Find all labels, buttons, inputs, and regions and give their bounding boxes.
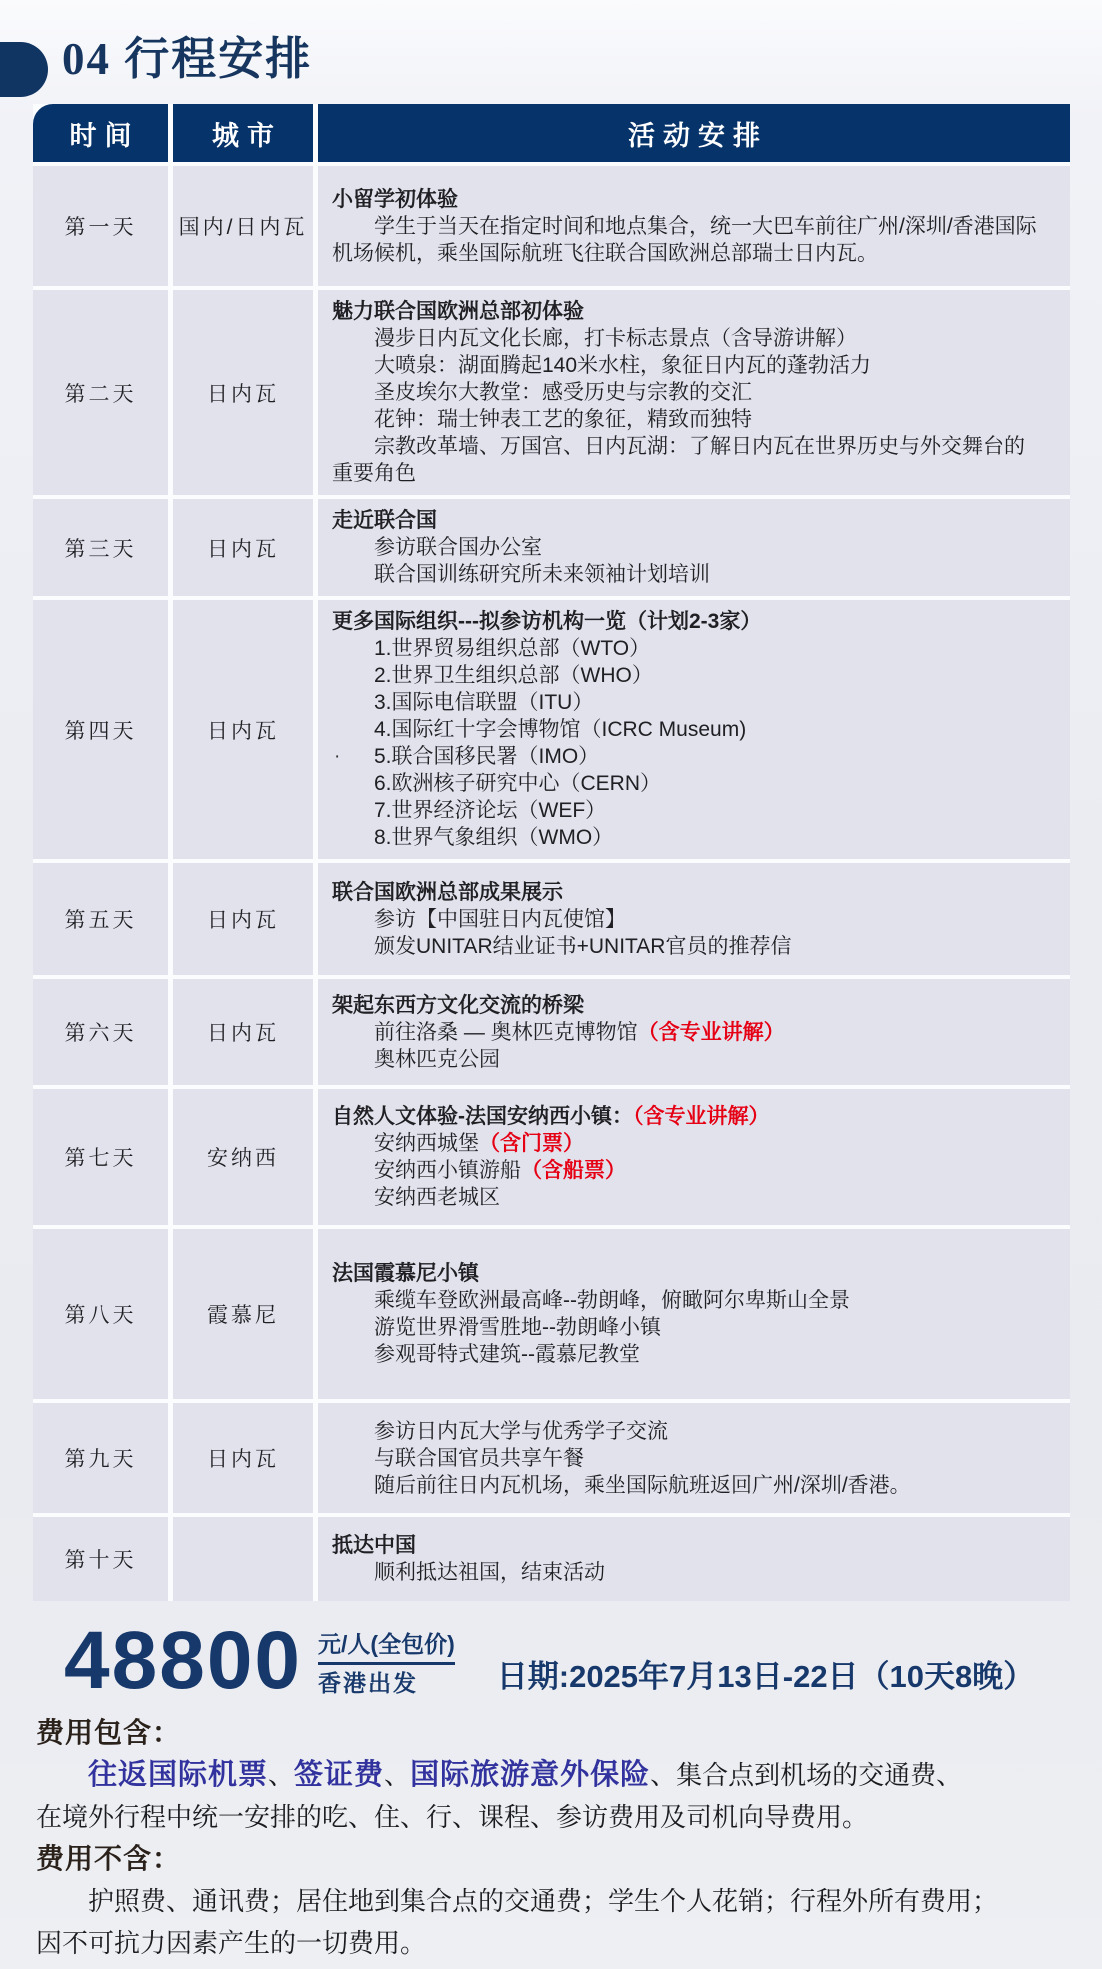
activity-cell: 走近联合国参访联合国办公室联合国训练研究所未来领袖计划培训	[318, 499, 1070, 596]
activity-line: 参观哥特式建筑--霞慕尼教堂	[332, 1341, 1040, 1368]
table-row: 第七天安纳西自然人文体验-法国安纳西小镇：（含专业讲解）安纳西城堡（含门票）安纳…	[33, 1089, 1070, 1225]
price-unit-label: 元/人(全包价)	[318, 1632, 455, 1665]
city-cell: 日内瓦	[173, 600, 313, 859]
blue-text-segment: 国际旅游意外保险	[410, 1759, 650, 1791]
activity-title: 自然人文体验-法国安纳西小镇：（含专业讲解）	[332, 1103, 1040, 1130]
activity-title: 抵达中国	[332, 1532, 1040, 1559]
activity-cell: 小留学初体验学生于当天在指定时间和地点集合，统一大巴车前往广州/深圳/香港国际机…	[318, 166, 1070, 286]
text-segment: 抵达中国	[332, 1534, 416, 1557]
text-segment: 参访日内瓦大学与优秀学子交流	[374, 1420, 668, 1443]
table-row: 第三天日内瓦走近联合国参访联合国办公室联合国训练研究所未来领袖计划培训	[33, 499, 1070, 596]
text-segment: 奥林匹克公园	[374, 1048, 500, 1071]
activity-line: 参访【中国驻日内瓦使馆】	[332, 906, 1040, 933]
departure-city-label: 香港出发	[318, 1665, 455, 1696]
red-text-segment: （含门票）	[479, 1132, 584, 1155]
activity-line: 游览世界滑雪胜地--勃朗峰小镇	[332, 1314, 1040, 1341]
city-cell: 日内瓦	[173, 863, 313, 975]
title-accent-shape	[0, 42, 48, 97]
text-segment: 4.国际红十字会博物馆（ICRC Museum)	[374, 718, 746, 741]
activity-line: 4.国际红十字会博物馆（ICRC Museum)	[332, 716, 1040, 743]
activity-line: 安纳西城堡（含门票）	[332, 1130, 1040, 1157]
table-row: 第八天霞慕尼法国霞慕尼小镇乘缆车登欧洲最高峰--勃朗峰，俯瞰阿尔卑斯山全景游览世…	[33, 1229, 1070, 1399]
text-segment: 架起东西方文化交流的桥梁	[332, 994, 584, 1017]
text-segment: 学生于当天在指定时间和地点集合，统一大巴车前往广州/深圳/香港国际机场候机，乘坐…	[332, 215, 1037, 265]
day-cell: 第二天	[33, 290, 168, 495]
activity-line: 安纳西老城区	[332, 1184, 1040, 1211]
text-segment: 5.联合国移民署（IMO）	[374, 745, 599, 768]
text-segment: 漫步日内瓦文化长廊，打卡标志景点（含导游讲解）	[374, 327, 857, 350]
activity-line: 7.世界经济论坛（WEF）	[332, 797, 1040, 824]
text-segment: 安纳西城堡	[374, 1132, 479, 1155]
text-segment: 法国霞慕尼小镇	[332, 1262, 479, 1285]
day-cell: 第九天	[33, 1403, 168, 1513]
city-cell: 日内瓦	[173, 1403, 313, 1513]
stray-bullet: ·	[334, 743, 340, 770]
day-cell: 第三天	[33, 499, 168, 596]
activity-title: 魅力联合国欧洲总部初体验	[332, 298, 1040, 325]
text-segment: 颁发UNITAR结业证书+UNITAR官员的推荐信	[374, 935, 791, 958]
table-row: 第六天日内瓦架起东西方文化交流的桥梁前往洛桑 — 奥林匹克博物馆（含专业讲解）奥…	[33, 979, 1070, 1085]
text-segment: 参观哥特式建筑--霞慕尼教堂	[374, 1343, 640, 1366]
itinerary-table: 时间 城市 活动安排 第一天国内/日内瓦小留学初体验学生于当天在指定时间和地点集…	[33, 104, 1070, 1601]
activity-line: 1.世界贸易组织总部（WTO）	[332, 635, 1040, 662]
table-row: 第四天日内瓦更多国际组织---拟参访机构一览（计划2-3家）1.世界贸易组织总部…	[33, 600, 1070, 859]
table-row: 第一天国内/日内瓦小留学初体验学生于当天在指定时间和地点集合，统一大巴车前往广州…	[33, 166, 1070, 286]
activity-line: 花钟：瑞士钟表工艺的象征，精致而独特	[332, 406, 1040, 433]
text-segment: 参访联合国办公室	[374, 536, 542, 559]
text-segment: 在境外行程中统一安排的吃、住、行、课程、参访费用及司机向导费用。	[36, 1802, 868, 1832]
text-segment: 1.世界贸易组织总部（WTO）	[374, 637, 650, 660]
day-cell: 第五天	[33, 863, 168, 975]
activity-title: 架起东西方文化交流的桥梁	[332, 992, 1040, 1019]
text-segment: 大喷泉：湖面腾起140米水柱，象征日内瓦的蓬勃活力	[374, 354, 871, 377]
activity-cell: 架起东西方文化交流的桥梁前往洛桑 — 奥林匹克博物馆（含专业讲解）奥林匹克公园	[318, 979, 1070, 1085]
activity-line: 3.国际电信联盟（ITU）	[332, 689, 1040, 716]
text-segment: 乘缆车登欧洲最高峰--勃朗峰，俯瞰阿尔卑斯山全景	[374, 1289, 850, 1312]
fees-exclude-body: 护照费、通讯费；居住地到集合点的交通费；学生个人花销；行程外所有费用；因不可抗力…	[36, 1880, 1068, 1964]
text-segment: 圣皮埃尔大教堂：感受历史与宗教的交汇	[374, 381, 752, 404]
header-time: 时间	[33, 104, 168, 162]
text-segment: 魅力联合国欧洲总部初体验	[332, 300, 584, 323]
table-row: 第五天日内瓦联合国欧洲总部成果展示参访【中国驻日内瓦使馆】颁发UNITAR结业证…	[33, 863, 1070, 975]
city-cell: 国内/日内瓦	[173, 166, 313, 286]
text-segment: 护照费、通讯费；居住地到集合点的交通费；学生个人花销；行程外所有费用；	[88, 1886, 998, 1916]
activity-title: 法国霞慕尼小镇	[332, 1260, 1040, 1287]
text-segment: 、	[268, 1760, 294, 1790]
header-city: 城市	[173, 104, 313, 162]
text-segment: 集合点到机场的交通费、	[676, 1760, 962, 1790]
activity-line: 颁发UNITAR结业证书+UNITAR官员的推荐信	[332, 933, 1040, 960]
text-segment: 7.世界经济论坛（WEF）	[374, 799, 606, 822]
activity-cell: 自然人文体验-法国安纳西小镇：（含专业讲解）安纳西城堡（含门票）安纳西小镇游船（…	[318, 1089, 1070, 1225]
activity-line: 前往洛桑 — 奥林匹克博物馆（含专业讲解）	[332, 1019, 1040, 1046]
activity-title: 联合国欧洲总部成果展示	[332, 879, 1040, 906]
city-cell: 日内瓦	[173, 979, 313, 1085]
day-cell: 第四天	[33, 600, 168, 859]
fee-include-line: 往返国际机票、签证费、国际旅游意外保险、集合点到机场的交通费、	[36, 1754, 1068, 1796]
activity-line: 安纳西小镇游船（含船票）	[332, 1157, 1040, 1184]
itinerary-poster: 04 行程安排 时间 城市 活动安排 第一天国内/日内瓦小留学初体验学生于当天在…	[0, 0, 1102, 1964]
fee-include-line: 在境外行程中统一安排的吃、住、行、课程、参访费用及司机向导费用。	[36, 1796, 1068, 1838]
activity-title: 走近联合国	[332, 507, 1040, 534]
red-text-segment: （含专业讲解）	[638, 1021, 785, 1044]
text-segment: 与联合国官员共享午餐	[374, 1447, 584, 1470]
text-segment: 小留学初体验	[332, 188, 458, 211]
price-unit-block: 元/人(全包价) 香港出发	[318, 1632, 455, 1697]
activity-line: 顺利抵达祖国，结束活动	[332, 1559, 1040, 1586]
activity-line: 6.欧洲核子研究中心（CERN）	[332, 770, 1040, 797]
activity-line: 漫步日内瓦文化长廊，打卡标志景点（含导游讲解）	[332, 325, 1040, 352]
fees-include-body: 往返国际机票、签证费、国际旅游意外保险、集合点到机场的交通费、在境外行程中统一安…	[36, 1754, 1068, 1838]
text-segment: 6.欧洲核子研究中心（CERN）	[374, 772, 661, 795]
activity-line: 圣皮埃尔大教堂：感受历史与宗教的交汇	[332, 379, 1040, 406]
activity-title: 更多国际组织---拟参访机构一览（计划2-3家）	[332, 608, 1040, 635]
text-segment: 宗教改革墙、万国宫、日内瓦湖：了解日内瓦在世界历史与外交舞台的重要角色	[332, 435, 1025, 485]
activity-line: 奥林匹克公园	[332, 1046, 1040, 1073]
header-activity: 活动安排	[318, 104, 1070, 162]
activity-line: 参访联合国办公室	[332, 534, 1040, 561]
activity-line: 乘缆车登欧洲最高峰--勃朗峰，俯瞰阿尔卑斯山全景	[332, 1287, 1040, 1314]
activity-cell: 抵达中国顺利抵达祖国，结束活动	[318, 1517, 1070, 1601]
city-cell: 安纳西	[173, 1089, 313, 1225]
text-segment: 游览世界滑雪胜地--勃朗峰小镇	[374, 1316, 661, 1339]
table-header-row: 时间 城市 活动安排	[33, 104, 1070, 162]
activity-line: 8.世界气象组织（WMO）	[332, 824, 1040, 851]
table-rows: 第一天国内/日内瓦小留学初体验学生于当天在指定时间和地点集合，统一大巴车前往广州…	[33, 166, 1070, 1601]
text-segment: 走近联合国	[332, 509, 437, 532]
text-segment: 安纳西小镇游船	[374, 1159, 521, 1182]
city-cell: 霞慕尼	[173, 1229, 313, 1399]
table-row: 第二天日内瓦魅力联合国欧洲总部初体验漫步日内瓦文化长廊，打卡标志景点（含导游讲解…	[33, 290, 1070, 495]
city-cell: 日内瓦	[173, 499, 313, 596]
pricing-section: 48800 元/人(全包价) 香港出发 日期:2025年7月13日-22日（10…	[64, 1623, 1102, 1698]
city-cell	[173, 1517, 313, 1601]
text-segment: 3.国际电信联盟（ITU）	[374, 691, 593, 714]
text-segment: 参访【中国驻日内瓦使馆】	[374, 908, 626, 931]
text-segment: 安纳西老城区	[374, 1186, 500, 1209]
blue-text-segment: 往返国际机票	[88, 1759, 268, 1791]
activity-line: ·5.联合国移民署（IMO）	[332, 743, 1040, 770]
city-cell: 日内瓦	[173, 290, 313, 495]
price-amount: 48800	[64, 1623, 302, 1698]
activity-line: 大喷泉：湖面腾起140米水柱，象征日内瓦的蓬勃活力	[332, 352, 1040, 379]
fee-exclude-line: 因不可抗力因素产生的一切费用。	[36, 1922, 1068, 1964]
activity-line: 联合国训练研究所未来领袖计划培训	[332, 561, 1040, 588]
page-title: 04 行程安排	[62, 22, 312, 87]
activity-line: 2.世界卫生组织总部（WHO）	[332, 662, 1040, 689]
activity-cell: 联合国欧洲总部成果展示参访【中国驻日内瓦使馆】颁发UNITAR结业证书+UNIT…	[318, 863, 1070, 975]
activity-cell: 法国霞慕尼小镇乘缆车登欧洲最高峰--勃朗峰，俯瞰阿尔卑斯山全景游览世界滑雪胜地-…	[318, 1229, 1070, 1399]
activity-title: 小留学初体验	[332, 186, 1040, 213]
text-segment: 顺利抵达祖国，结束活动	[374, 1561, 605, 1584]
activity-cell: 参访日内瓦大学与优秀学子交流与联合国官员共享午餐随后前往日内瓦机场，乘坐国际航班…	[318, 1403, 1070, 1513]
activity-line: 随后前往日内瓦机场，乘坐国际航班返回广州/深圳/香港。	[332, 1472, 1040, 1499]
fees-exclude-heading: 费用不含：	[36, 1840, 1068, 1880]
text-segment: 8.世界气象组织（WMO）	[374, 826, 613, 849]
text-segment: 联合国训练研究所未来领袖计划培训	[374, 563, 710, 586]
activity-line: 参访日内瓦大学与优秀学子交流	[332, 1418, 1040, 1445]
text-segment: 联合国欧洲总部成果展示	[332, 881, 563, 904]
day-cell: 第十天	[33, 1517, 168, 1601]
day-cell: 第六天	[33, 979, 168, 1085]
table-row: 第十天抵达中国顺利抵达祖国，结束活动	[33, 1517, 1070, 1601]
day-cell: 第八天	[33, 1229, 168, 1399]
section-header: 04 行程安排	[0, 0, 1102, 104]
text-segment: 随后前往日内瓦机场，乘坐国际航班返回广州/深圳/香港。	[374, 1474, 911, 1497]
table-row: 第九天日内瓦参访日内瓦大学与优秀学子交流与联合国官员共享午餐随后前往日内瓦机场，…	[33, 1403, 1070, 1513]
activity-line: 宗教改革墙、万国宫、日内瓦湖：了解日内瓦在世界历史与外交舞台的重要角色	[332, 433, 1040, 487]
text-segment: 更多国际组织---拟参访机构一览（计划2-3家）	[332, 610, 761, 633]
text-segment: 前往洛桑 — 奥林匹克博物馆	[374, 1021, 638, 1044]
fee-exclude-line: 护照费、通讯费；居住地到集合点的交通费；学生个人花销；行程外所有费用；	[36, 1880, 1068, 1922]
blue-text-segment: 签证费	[294, 1759, 384, 1791]
activity-line: 与联合国官员共享午餐	[332, 1445, 1040, 1472]
fees-section: 费用包含： 往返国际机票、签证费、国际旅游意外保险、集合点到机场的交通费、在境外…	[36, 1714, 1068, 1964]
activity-cell: 更多国际组织---拟参访机构一览（计划2-3家）1.世界贸易组织总部（WTO）2…	[318, 600, 1070, 859]
red-text-segment: （含专业讲解）	[633, 1105, 770, 1128]
text-segment: 、	[384, 1760, 410, 1790]
text-segment: 花钟：瑞士钟表工艺的象征，精致而独特	[374, 408, 752, 431]
day-cell: 第七天	[33, 1089, 168, 1225]
red-text-segment: （含船票）	[521, 1159, 626, 1182]
trip-dates: 日期:2025年7月13日-22日（10天8晚）	[497, 1651, 1035, 1696]
activity-cell: 魅力联合国欧洲总部初体验漫步日内瓦文化长廊，打卡标志景点（含导游讲解）大喷泉：湖…	[318, 290, 1070, 495]
activity-line: 学生于当天在指定时间和地点集合，统一大巴车前往广州/深圳/香港国际机场候机，乘坐…	[332, 213, 1040, 267]
fees-include-heading: 费用包含：	[36, 1714, 1068, 1754]
text-segment: 自然人文体验-法国安纳西小镇：	[332, 1105, 633, 1128]
text-segment: 、	[650, 1760, 676, 1790]
text-segment: 2.世界卫生组织总部（WHO）	[374, 664, 653, 687]
text-segment: 因不可抗力因素产生的一切费用。	[36, 1928, 426, 1958]
day-cell: 第一天	[33, 166, 168, 286]
